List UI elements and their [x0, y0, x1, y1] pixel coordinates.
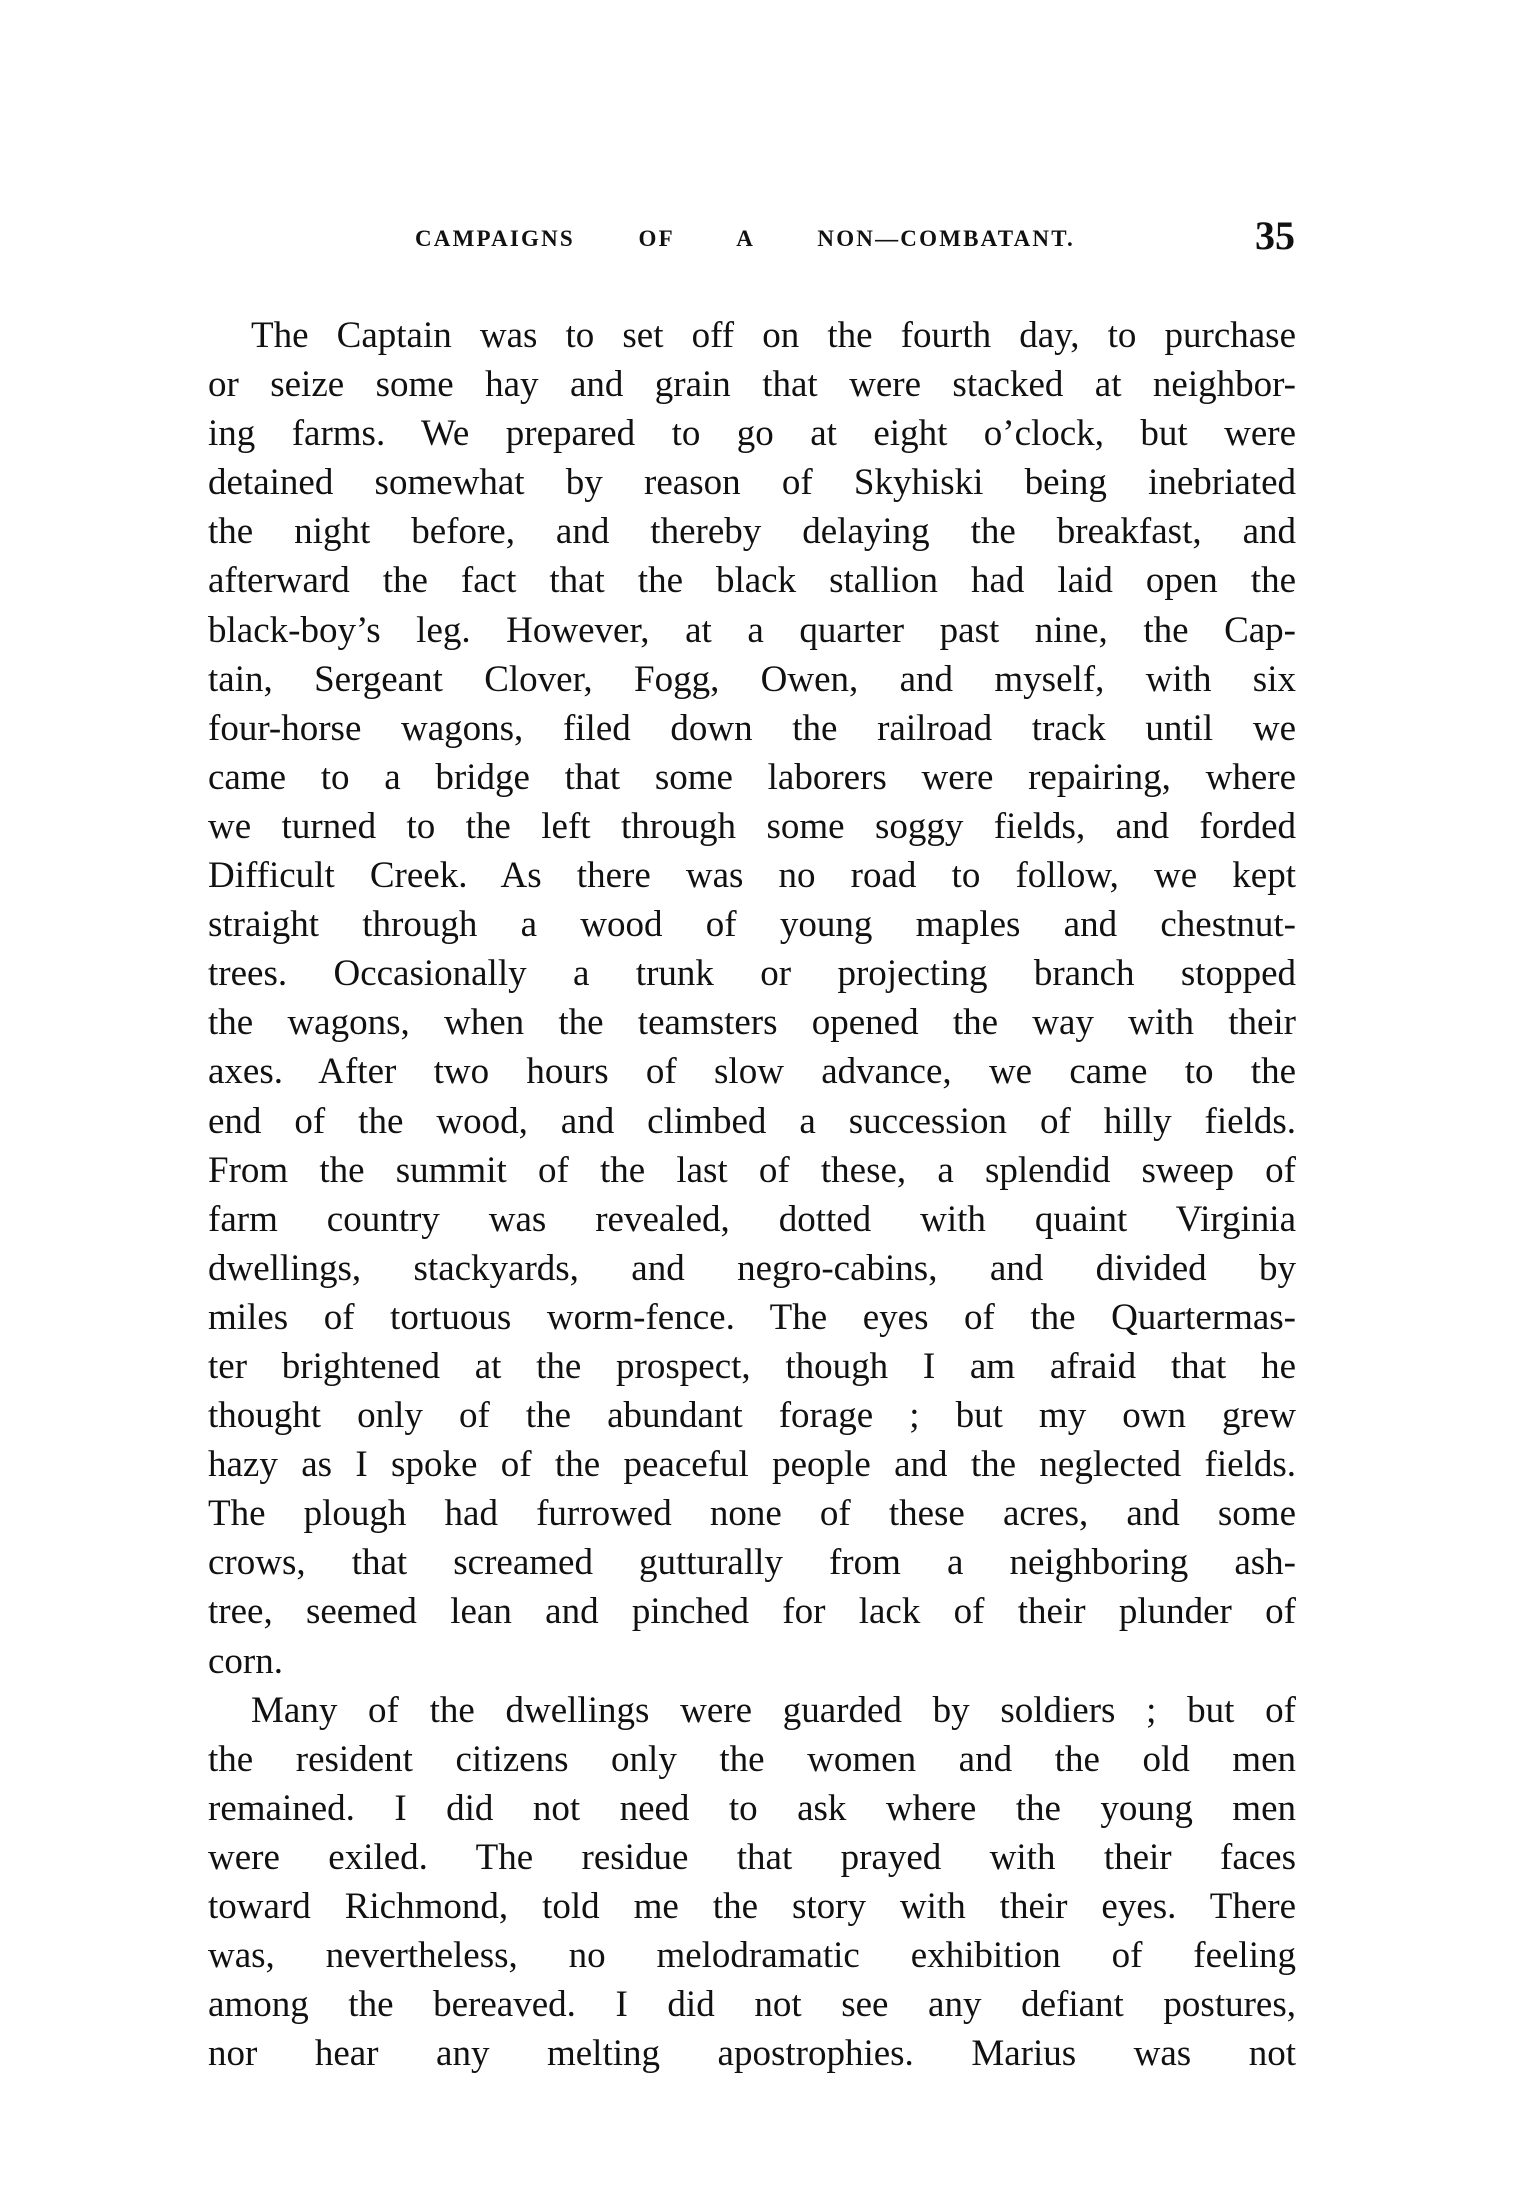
text-line: remained. I did not need to ask where th… — [208, 1784, 1296, 1833]
text-line: came to a bridge that some laborers were… — [208, 753, 1296, 802]
body-text: The Captain was to set off on the fourth… — [208, 311, 1296, 2078]
text-line: four-horse wagons, filed down the railro… — [208, 704, 1296, 753]
text-line: toward Richmond, told me the story with … — [208, 1882, 1296, 1931]
paragraph-1: The Captain was to set off on the fourth… — [208, 311, 1296, 1686]
text-line: among the bereaved. I did not see any de… — [208, 1980, 1296, 2029]
text-line: Difficult Creek. As there was no road to… — [208, 851, 1296, 900]
text-line: afterward the fact that the black stalli… — [208, 556, 1296, 605]
text-line: Many of the dwellings were guarded by so… — [208, 1686, 1296, 1735]
text-line: miles of tortuous worm-fence. The eyes o… — [208, 1293, 1296, 1342]
text-line: straight through a wood of young maples … — [208, 900, 1296, 949]
text-line: end of the wood, and climbed a successio… — [208, 1097, 1296, 1146]
text-line: we turned to the left through some soggy… — [208, 802, 1296, 851]
text-line: axes. After two hours of slow advance, w… — [208, 1047, 1296, 1096]
text-line: farm country was revealed, dotted with q… — [208, 1195, 1296, 1244]
running-head: CAMPAIGNS OF A NON—COMBATANT. — [415, 219, 1075, 259]
text-line: From the summit of the last of these, a … — [208, 1146, 1296, 1195]
text-line: was, nevertheless, no melodramatic exhib… — [208, 1931, 1296, 1980]
text-line: tree, seemed lean and pinched for lack o… — [208, 1587, 1296, 1636]
text-line: ing farms. We prepared to go at eight o’… — [208, 409, 1296, 458]
text-line: corn. — [208, 1637, 1296, 1686]
page-number: 35 — [1240, 212, 1295, 260]
text-line: nor hear any melting apostrophies. Mariu… — [208, 2029, 1296, 2078]
text-line: thought only of the abundant forage ; bu… — [208, 1391, 1296, 1440]
text-line: The Captain was to set off on the fourth… — [208, 311, 1296, 360]
text-line: detained somewhat by reason of Skyhiski … — [208, 458, 1296, 507]
text-line: black-boy’s leg. However, at a quarter p… — [208, 606, 1296, 655]
paragraph-2: Many of the dwellings were guarded by so… — [208, 1686, 1296, 2079]
text-line: or seize some hay and grain that were st… — [208, 360, 1296, 409]
text-line: were exiled. The residue that prayed wit… — [208, 1833, 1296, 1882]
text-line: crows, that screamed gutturally from a n… — [208, 1538, 1296, 1587]
text-line: ter brightened at the prospect, though I… — [208, 1342, 1296, 1391]
text-line: trees. Occasionally a trunk or projectin… — [208, 949, 1296, 998]
text-line: The plough had furrowed none of these ac… — [208, 1489, 1296, 1538]
text-line: dwellings, stackyards, and negro-cabins,… — [208, 1244, 1296, 1293]
text-line: hazy as I spoke of the peaceful people a… — [208, 1440, 1296, 1489]
text-line: the resident citizens only the women and… — [208, 1735, 1296, 1784]
text-line: the night before, and thereby delaying t… — [208, 507, 1296, 556]
text-line: tain, Sergeant Clover, Fogg, Owen, and m… — [208, 655, 1296, 704]
text-line: the wagons, when the teamsters opened th… — [208, 998, 1296, 1047]
